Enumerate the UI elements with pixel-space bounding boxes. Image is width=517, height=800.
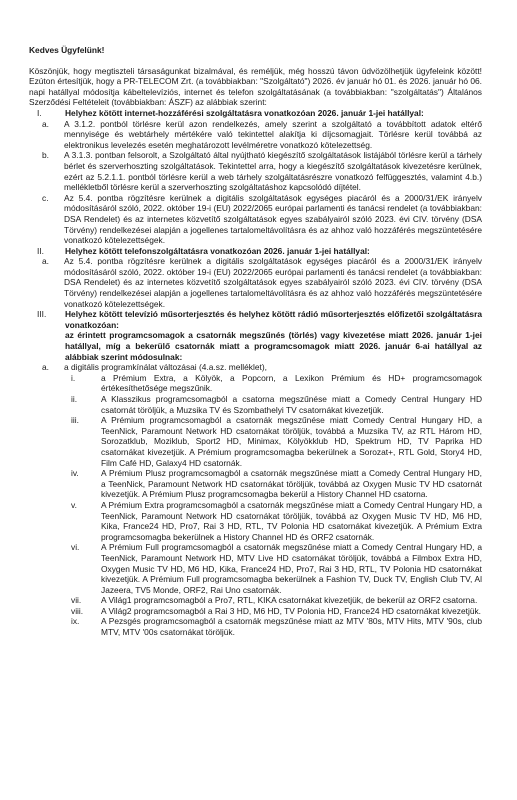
section-item: a. Az 5.4. pontba rögzítésre kerülnek a … [29,256,482,309]
package-change-item: i. a Prémium Extra, a Kölyök, a Popcorn,… [64,373,482,394]
greeting-heading: Kedves Ügyfelünk! [29,45,482,56]
section-title: Helyhez kötött televízió műsorterjesztés… [65,309,482,330]
notice-document: Kedves Ügyfelünk! Köszönjük, hogy megtis… [29,45,482,638]
item-roman: ix. [64,616,92,627]
item-text: A 3.1.3. pontban felsorolt, a Szolgáltat… [64,150,482,192]
section-subtitle: az érintett programcsomagok a csatornák … [65,330,482,362]
item-text: A 3.1.2. pontból törlésre kerül azon ren… [64,119,482,150]
section-number: III. [37,309,46,320]
section-title: Helyhez kötött telefonszolgáltatásra von… [65,246,482,257]
section-item: b. A 3.1.3. pontban felsorolt, a Szolgál… [29,150,482,192]
item-text: A Prémium programcsomagból a csatornák m… [101,415,482,467]
intro-paragraph: Köszönjük, hogy megtiszteli társaságunka… [29,66,482,108]
item-text: A Prémium Plusz programcsomagból a csato… [101,468,482,499]
section-number: I. [37,108,42,119]
item-text: A Világ2 programcsomagból a Rai 3 HD, M6… [101,606,481,616]
item-roman: viii. [64,606,92,617]
package-change-item: ix. A Pezsgés programcsomagból a csatorn… [64,616,482,637]
package-change-item: viii. A Világ2 programcsomagból a Rai 3 … [64,606,482,617]
package-change-item: vii. A Világ1 programcsomagból a Pro7, R… [64,595,482,606]
item-text: A Pezsgés programcsomagból a csatornák m… [101,616,482,637]
section-internet: I. Helyhez kötött internet-hozzáférési s… [29,108,482,119]
package-change-item: vi. A Prémium Full programcsomagból a cs… [64,542,482,595]
section-number: II. [37,246,44,257]
package-change-item: iii. A Prémium programcsomagból a csator… [64,415,482,468]
item-roman: vi. [64,542,92,553]
package-change-item: iv. A Prémium Plusz programcsomagból a c… [64,468,482,500]
item-letter: a. [42,256,49,267]
item-text: A Világ1 programcsomagból a Pro7, RTL, K… [101,595,477,605]
section-item: a. A 3.1.2. pontból törlésre kerül azon … [29,119,482,151]
item-roman: vii. [64,595,92,606]
item-text: Az 5.4. pontba rögzítésre kerülnek a dig… [64,256,482,308]
item-roman: iii. [64,415,92,426]
package-change-item: v. A Prémium Extra programcsomagból a cs… [64,500,482,542]
item-text: Az 5.4. pontba rögzítésre kerülnek a dig… [64,193,482,245]
section-item: c. Az 5.4. pontba rögzítésre kerülnek a … [29,193,482,246]
section-television: III. Helyhez kötött televízió műsorterje… [29,309,482,362]
item-text: A Klasszikus programcsomagból a csatorna… [101,394,482,415]
item-letter: a. [42,119,49,130]
item-letter: c. [42,193,49,204]
section-title: Helyhez kötött internet-hozzáférési szol… [65,108,482,119]
item-text: A Prémium Full programcsomagból a csator… [101,542,482,594]
item-roman: v. [64,500,92,511]
package-change-item: ii. A Klasszikus programcsomagból a csat… [64,394,482,415]
item-text: a digitális programkínálat változásai (4… [64,362,267,372]
item-letter: a. [42,362,49,373]
item-roman: ii. [64,394,92,405]
section-telephone: II. Helyhez kötött telefonszolgáltatásra… [29,246,482,257]
item-roman: iv. [64,468,92,479]
item-text: A Prémium Extra programcsomagból a csato… [101,500,482,542]
item-text: a Prémium Extra, a Kölyök, a Popcorn, a … [101,373,482,394]
item-letter: b. [42,150,49,161]
section-item: a. a digitális programkínálat változásai… [29,362,482,373]
item-roman: i. [64,373,92,384]
